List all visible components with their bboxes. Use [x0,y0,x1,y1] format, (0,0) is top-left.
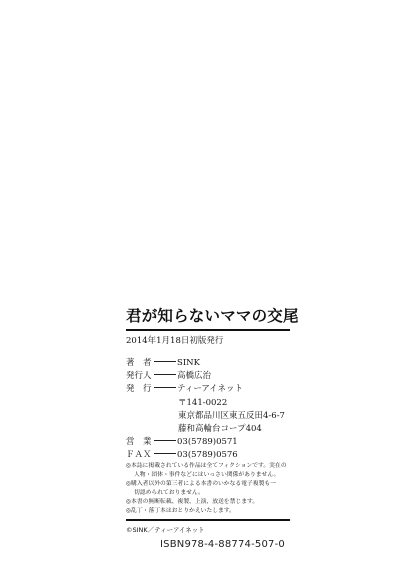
credit-publisher-person: 発行人高橋広治 [126,371,211,381]
contact-label: 営 業 [126,437,154,447]
credit-author: 著 者SINK [126,358,200,368]
credit-label: 発 行 [126,384,154,394]
credit-value: ティーアイネット [177,384,243,394]
credit-value: 高橋広治 [177,371,211,381]
contact-value: 03(5789)0576 [177,450,238,460]
legal-notes: ◎本誌に掲載されている作品は全てフィクションです。実在の 人物・団体・事件などに… [126,462,296,516]
credit-label: 著 者 [126,358,154,368]
note-line: ◎乱丁・落丁本はおとりかえいたします。 [126,507,296,516]
leader-dash [154,453,176,454]
publication-date: 2014年1月18日初版発行 [126,334,223,346]
credit-label: 発行人 [126,371,154,381]
note-line: ◎購入者以外の第三者による本書のいかなる電子複製も一 [126,480,296,489]
contact-value: 03(5789)0571 [177,437,238,447]
address-line-2: 藤和高輪台コープ404 [178,424,262,434]
address-line-1: 東京都品川区東五反田4-6-7 [178,411,285,421]
leader-dash [154,387,176,388]
credit-value: SINK [177,358,200,368]
credit-publisher: 発 行ティーアイネット [126,384,243,394]
contact-sales: 営 業03(5789)0571 [126,437,238,447]
title-divider [126,329,290,331]
leader-dash [154,440,176,441]
book-title: 君が知らないママの交尾 [126,304,296,326]
contact-label: ＦＡＸ [126,450,154,460]
postal-code: 〒141-0022 [178,398,227,408]
note-line: ◎本誌に掲載されている作品は全てフィクションです。実在の [126,462,296,471]
note-continuation: 切認められておりません。 [126,489,296,498]
copyright: ©SINK／ティーアイネット [126,525,205,534]
leader-dash [154,361,176,362]
footer-divider [126,519,290,521]
note-line: ◎本書の無断転載、複製、上演、放送を禁じます。 [126,498,296,507]
contact-fax: ＦＡＸ03(5789)0576 [126,450,238,460]
isbn: ISBN978-4-88774-507-0 [160,539,285,550]
leader-dash [154,374,176,375]
note-continuation: 人物・団体・事件などにはいっさい関係がありません。 [126,471,296,480]
